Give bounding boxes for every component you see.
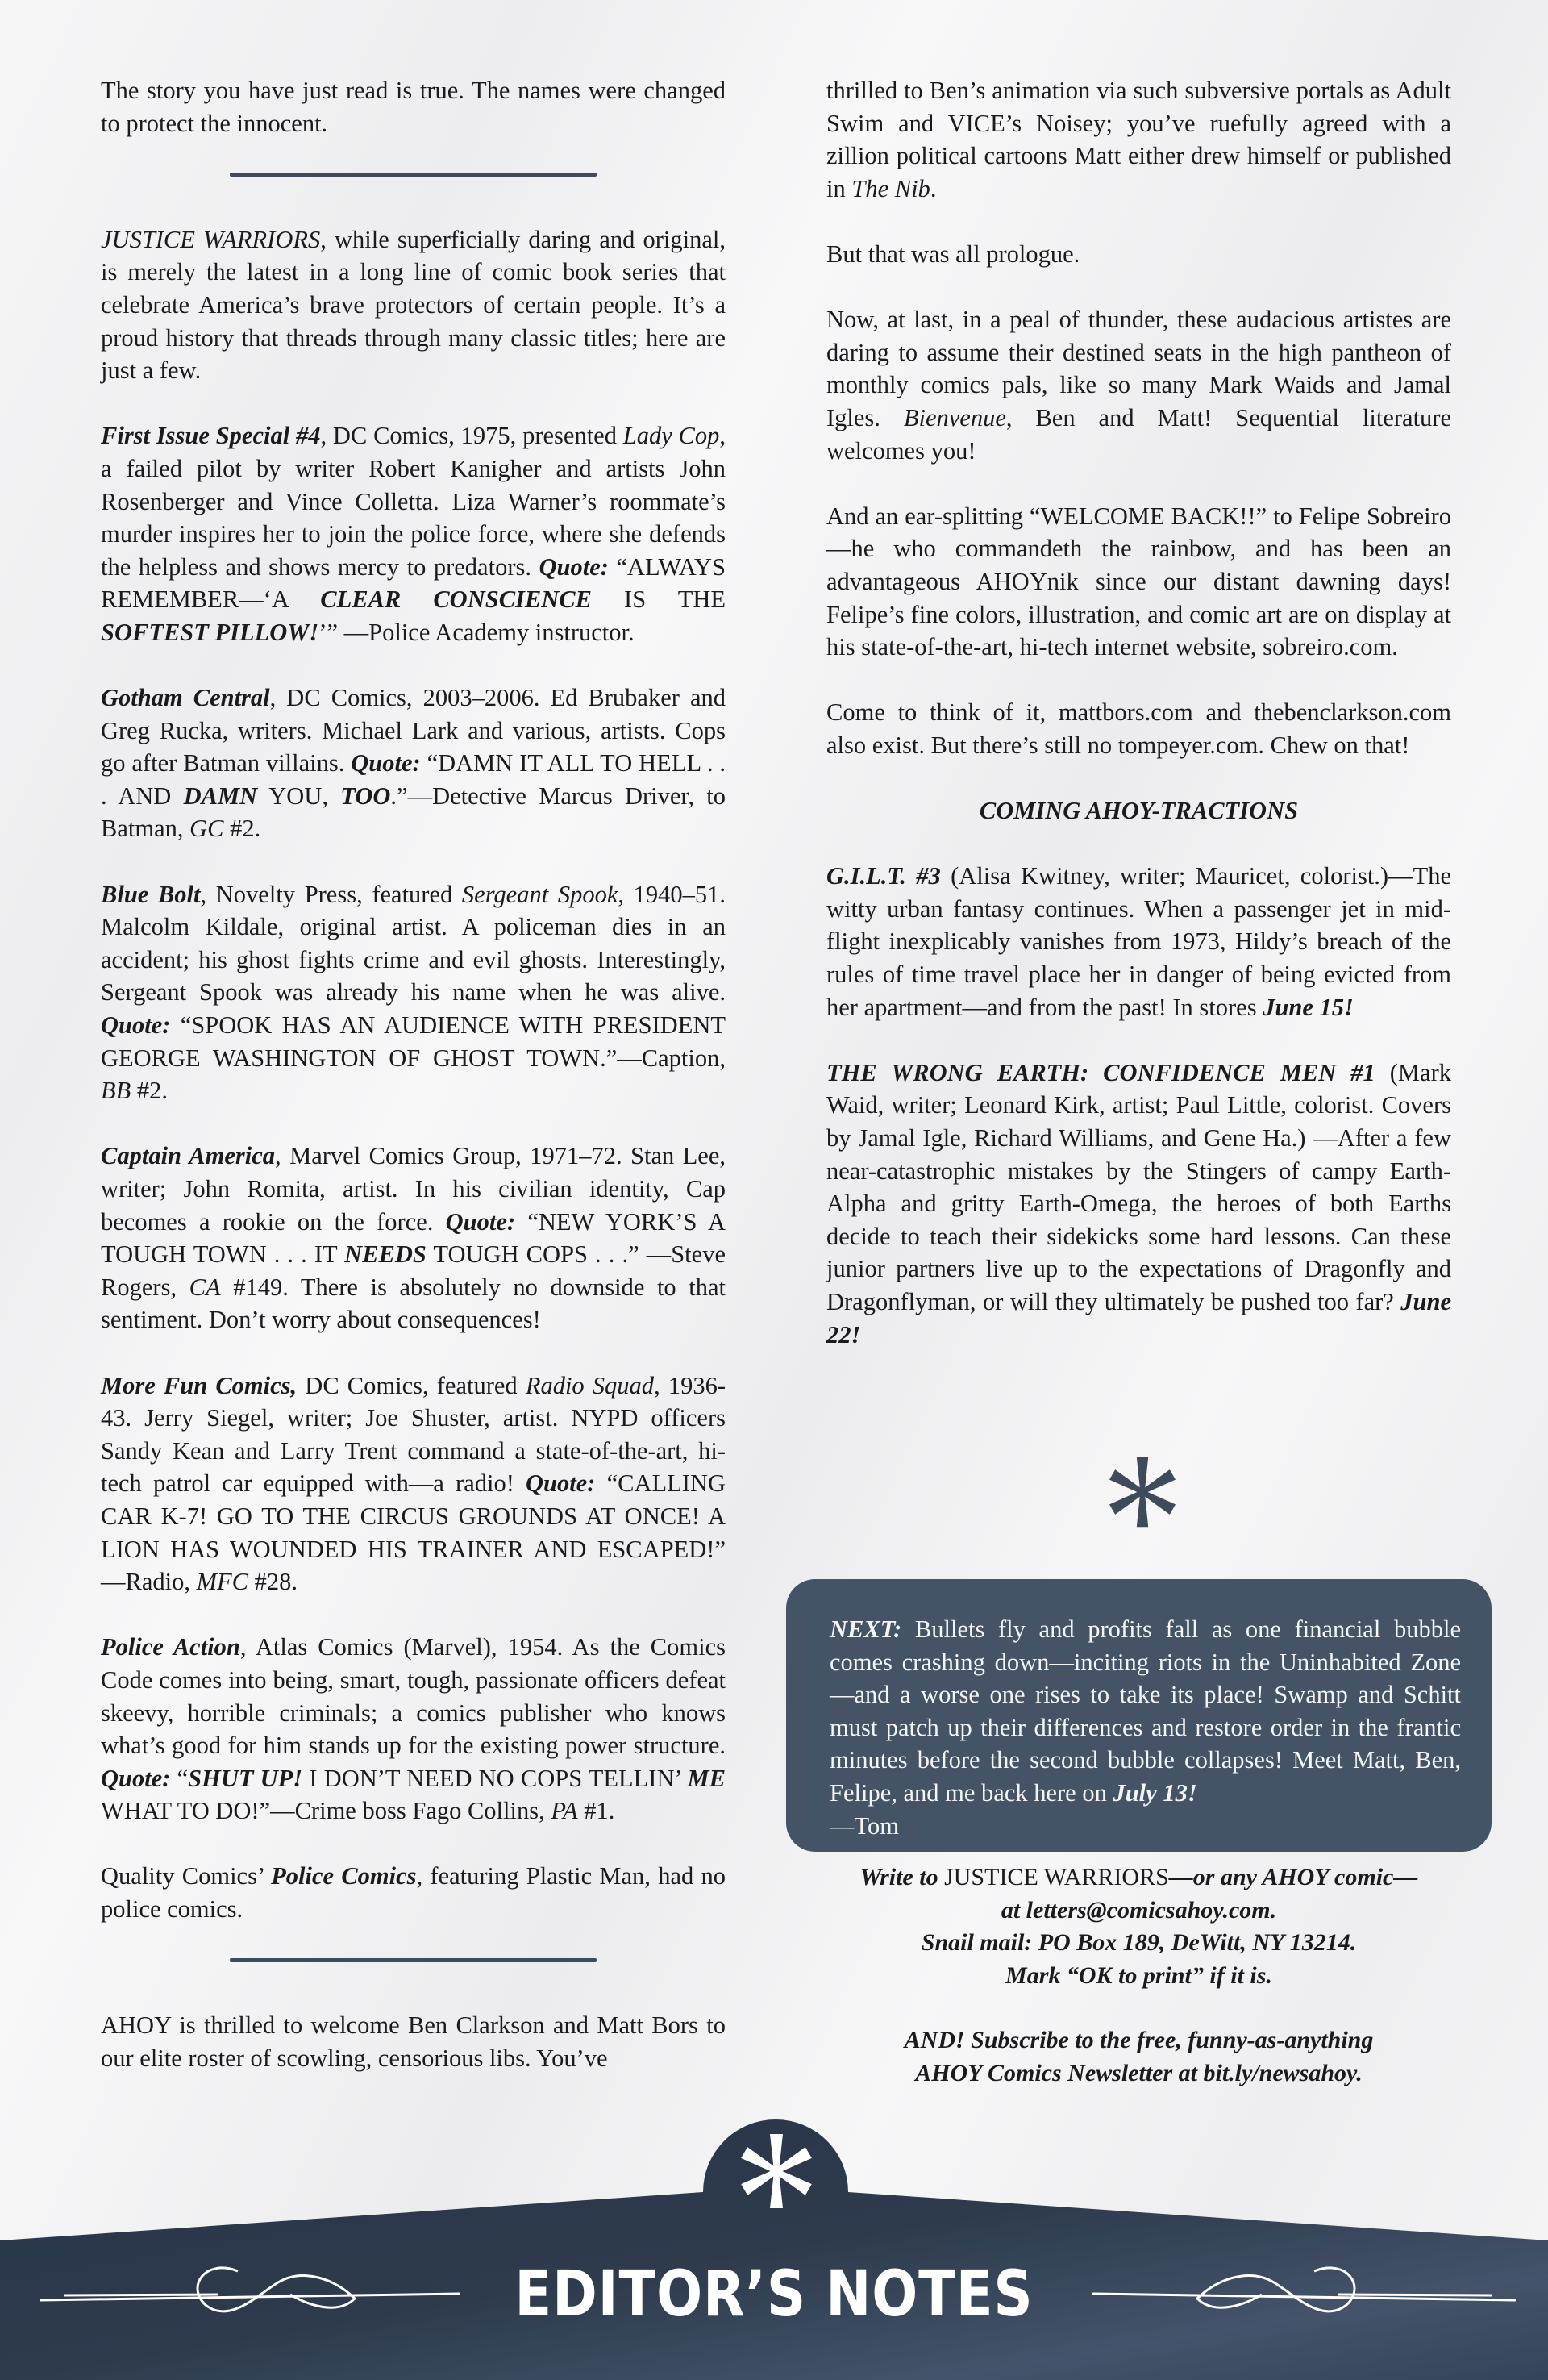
banner-shape [0, 2113, 1548, 2380]
wrong-earth-paragraph: THE WRONG EARTH: CONFIDENCE MEN #1 (Mark… [826, 1057, 1451, 1351]
subscribe-line-1: AND! Subscribe to the free, funny-as-any… [786, 2024, 1492, 2057]
email-link[interactable]: at letters@comicsahoy.com. [786, 1894, 1492, 1928]
quality-comics-paragraph: Quality Comics’ Police Comics, featuring… [101, 1860, 726, 1925]
entry-gotham-central: Gotham Central, DC Comics, 2003–2006. Ed… [101, 681, 726, 845]
next-issue-text: NEXT: Bullets fly and profits fall as on… [830, 1613, 1461, 1810]
justice-warriors-paragraph: JUSTICE WARRIORS, while superficially da… [101, 223, 726, 387]
newsletter-link[interactable]: AHOY Comics Newsletter at bit.ly/newsaho… [786, 2057, 1492, 2090]
section-divider [230, 1958, 597, 1962]
entry-police-action: Police Action, Atlas Comics (Marvel), 19… [101, 1631, 726, 1828]
editors-notes-title: EDITOR’S NOTES [108, 2258, 1439, 2331]
editor-signature: —Tom [830, 1810, 1461, 1843]
section-divider [230, 173, 597, 177]
editors-notes-banner [0, 2113, 1548, 2380]
write-to-line: Write to JUSTICE WARRIORS—or any AHOY co… [786, 1861, 1492, 1894]
gilt-paragraph: G.I.L.T. #3 (Alisa Kwitney, writer; Maur… [826, 860, 1451, 1023]
prologue-paragraph: But that was all prologue. [826, 238, 1451, 271]
entry-blue-bolt: Blue Bolt, Novelty Press, featured Serge… [101, 878, 726, 1107]
intro-paragraph: The story you have just read is true. Th… [101, 74, 726, 140]
entry-more-fun-comics: More Fun Comics, DC Comics, featured Rad… [101, 1369, 726, 1598]
welcome-back-paragraph: And an ear-splitting “WELCOME BACK!!” to… [826, 500, 1451, 664]
contact-info: Write to JUSTICE WARRIORS—or any AHOY co… [786, 1861, 1492, 2090]
series-title: JUSTICE WARRIORS [101, 226, 320, 253]
entry-captain-america: Captain America, Marvel Comics Group, 19… [101, 1140, 726, 1336]
now-at-last-paragraph: Now, at last, in a peal of thunder, thes… [826, 303, 1451, 467]
ahoy-welcome-paragraph: AHOY is thrilled to welcome Ben Clarkson… [101, 2009, 726, 2074]
asterisk-icon [1106, 1456, 1179, 1528]
entry-first-issue-special: First Issue Special #4, DC Comics, 1975,… [101, 419, 726, 648]
ok-to-print-line: Mark “OK to print” if it is. [786, 1960, 1492, 1993]
left-column: The story you have just read is true. Th… [101, 74, 726, 2107]
next-issue-box: NEXT: Bullets fly and profits fall as on… [786, 1579, 1492, 1852]
websites-paragraph: Come to think of it, mattbors.com and th… [826, 696, 1451, 761]
coming-attractions-heading: COMING AHOY-TRACTIONS [826, 794, 1451, 827]
right-column: thrilled to Ben’s animation via such sub… [826, 74, 1451, 1384]
welcome-continued-paragraph: thrilled to Ben’s animation via such sub… [826, 74, 1451, 205]
snail-mail-line: Snail mail: PO Box 189, DeWitt, NY 13214… [786, 1927, 1492, 1960]
